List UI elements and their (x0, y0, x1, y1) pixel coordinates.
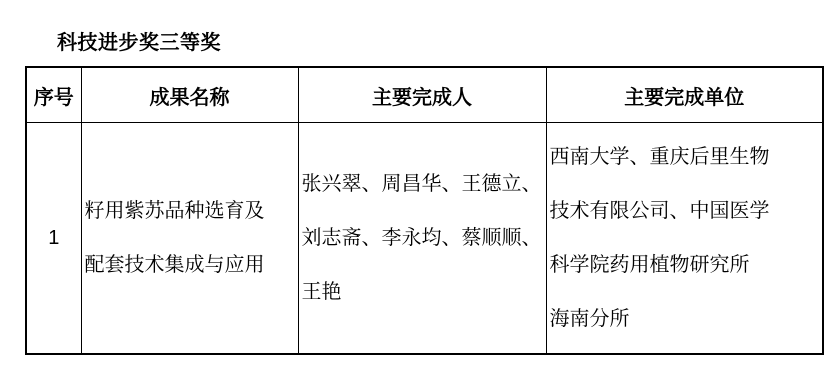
cell-achievement-name: 籽用紫苏品种选育及 配套技术集成与应用 (81, 123, 298, 355)
header-cell-achievement-name: 成果名称 (81, 67, 298, 123)
cell-main-units: 西南大学、重庆后里生物 技术有限公司、中国医学 科学院药用植物研究所 海南分所 (546, 123, 823, 355)
document-page: 科技进步奖三等奖 序号 成果名称 主要完成人 主要完成单位 1 籽用紫苏品种选育… (0, 0, 833, 378)
header-cell-main-completers: 主要完成人 (298, 67, 546, 123)
cell-serial-number: 1 (26, 123, 81, 355)
table-header-row: 序号 成果名称 主要完成人 主要完成单位 (26, 67, 823, 123)
section-title: 科技进步奖三等奖 (57, 26, 221, 55)
header-cell-serial-number: 序号 (26, 67, 81, 123)
cell-main-completers: 张兴翠、周昌华、王德立、 刘志斋、李永均、蔡顺顺、 王艳 (298, 123, 546, 355)
awards-table: 序号 成果名称 主要完成人 主要完成单位 1 籽用紫苏品种选育及 配套技术集成与… (25, 66, 824, 355)
header-cell-main-units: 主要完成单位 (546, 67, 823, 123)
table-row: 1 籽用紫苏品种选育及 配套技术集成与应用 张兴翠、周昌华、王德立、 刘志斋、李… (26, 123, 823, 355)
